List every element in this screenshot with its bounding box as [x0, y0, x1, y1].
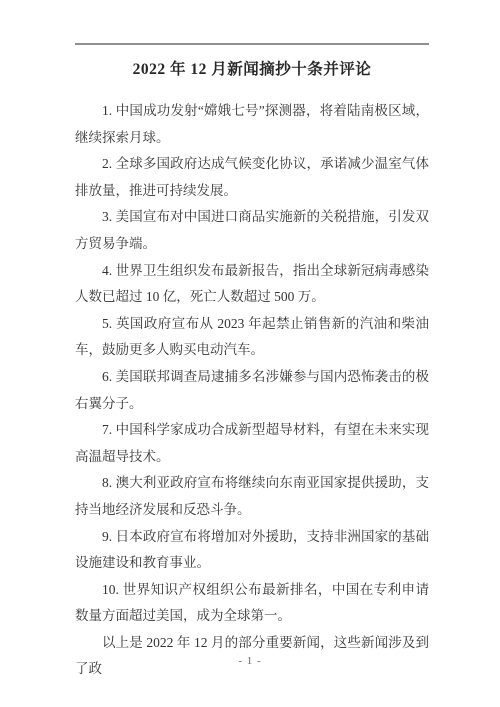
news-item-1: 1. 中国成功发射“嫦娥七号”探测器，将着陆南极区域，继续探索月球。 [75, 98, 429, 151]
header-rule [75, 43, 429, 45]
news-item-2: 2. 全球多国政府达成气候变化协议，承诺减少温室气体排放量，推进可持续发展。 [75, 151, 429, 204]
news-item-3: 3. 美国宣布对中国进口商品实施新的关税措施，引发双方贸易争端。 [75, 204, 429, 257]
news-item-8: 8. 澳大利亚政府宣布将继续向东南亚国家提供援助，支持当地经济发展和反恐斗争。 [75, 470, 429, 523]
news-item-10: 10. 世界知识产权组织公布最新排名，中国在专利申请数量方面超过美国，成为全球第… [75, 577, 429, 630]
document-body: 2022 年 12 月新闻摘抄十条并评论 1. 中国成功发射“嫦娥七号”探测器，… [75, 59, 429, 683]
news-item-4: 4. 世界卫生组织发布最新报告，指出全球新冠病毒感染人数已超过 10 亿，死亡人… [75, 258, 429, 311]
news-item-7: 7. 中国科学家成功合成新型超导材料，有望在未来实现高温超导技术。 [75, 417, 429, 470]
news-item-5: 5. 英国政府宣布从 2023 年起禁止销售新的汽油和柴油车，鼓励更多人购买电动… [75, 311, 429, 364]
document-page: 2022 年 12 月新闻摘抄十条并评论 1. 中国成功发射“嫦娥七号”探测器，… [0, 0, 500, 707]
document-title: 2022 年 12 月新闻摘抄十条并评论 [75, 59, 429, 81]
news-item-9: 9. 日本政府宣布将增加对外援助，支持非洲国家的基础设施建设和教育事业。 [75, 524, 429, 577]
page-number: - 1 - [0, 655, 500, 667]
news-item-6: 6. 美国联邦调查局逮捕多名涉嫌参与国内恐怖袭击的极右翼分子。 [75, 364, 429, 417]
